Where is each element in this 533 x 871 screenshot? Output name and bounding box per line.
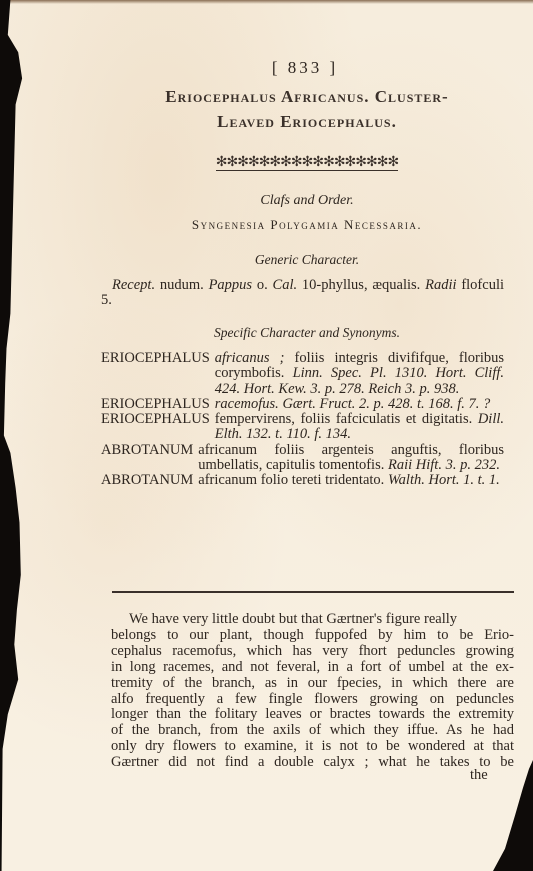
body-line: We have very little doubt but that Gærtn… [111,612,514,628]
synonym-species: africanus ; [215,350,285,366]
horizontal-rule-divider [112,591,514,593]
synonym-genus: ERIOCEPHALUS [101,351,215,397]
scanned-page: [ 833 ] Eriocephalus Africanus. Cluster-… [0,0,533,871]
synonym-entry: ERIOCEPHALUS fempervirens, foliis fafcic… [101,412,504,443]
generic-character-heading: Generic Character. [112,252,502,268]
torn-right-corner [493,760,533,871]
synonym-refs: Raii Hift. 3. p. 232. [388,457,500,473]
class-order-value: Syngenesia Polygamia Necessaria. [112,217,502,233]
synonym-entry: ERIOCEPHALUS racemofus. Gært. Fruct. 2. … [101,397,504,412]
synonym-entry: ABROTANUM africanum folio tereti trident… [101,473,504,488]
body-line: in long racemes, and not feveral, in a f… [111,660,514,676]
generic-character-text: Recept. nudum. Pappus o. Cal. 10-phyllus… [101,278,504,308]
synonym-genus: ABROTANUM [101,473,198,488]
body-line: cephalus racemofus, which has very fhort… [111,644,514,660]
synonym-refs: Gært. Fruct. 2. p. 428. t. 168. f. 7. ? [282,396,490,412]
page-number: [ 833 ] [108,58,502,78]
title-line-2: Leaved Eriocephalus. [112,109,502,134]
page-top-edge [0,0,533,4]
synonym-entry: ERIOCEPHALUS africanus ; foliis integris… [101,351,504,397]
body-line: Gærtner did not find a double calyx ; wh… [111,755,514,771]
title-line-1: Eriocephalus Africanus. Cluster- [112,84,502,109]
synonym-refs: Walth. Hort. 1. t. 1. [388,472,500,488]
body-paragraph: We have very little doubt but that Gærtn… [111,612,514,771]
synonym-entry: ABROTANUM africanum foliis argenteis ang… [101,443,504,474]
asterisk-ornament-divider: ✻✻✻✻✻✻✻✻✻✻✻✻✻✻✻✻✻ [112,154,502,171]
specific-character-heading: Specific Character and Synonyms. [112,325,502,341]
body-line: belongs to our plant, though fuppofed by… [111,628,514,644]
body-line: tremity of the branch, as in our fpecies… [111,676,514,692]
catchword: the [470,767,488,784]
synonym-species: racemofus. [215,396,279,412]
page-title: Eriocephalus Africanus. Cluster- Leaved … [112,84,502,134]
body-line: longer than the folitary leaves or bract… [111,707,514,723]
body-line: of the branch, from the axils of which t… [111,723,514,739]
synonym-genus: ERIOCEPHALUS [101,397,215,412]
body-line: alfo frequently a few fingle flowers gro… [111,692,514,708]
synonym-genus: ERIOCEPHALUS [101,412,215,443]
torn-left-edge [0,0,26,871]
class-order-heading: Clafs and Order. [112,193,502,209]
synonym-genus: ABROTANUM [101,443,198,474]
page-content: [ 833 ] Eriocephalus Africanus. Cluster-… [112,58,502,489]
body-line: only dry flowers to examine, it is not t… [111,739,514,755]
synonyms-list: ERIOCEPHALUS africanus ; foliis integris… [101,351,504,489]
